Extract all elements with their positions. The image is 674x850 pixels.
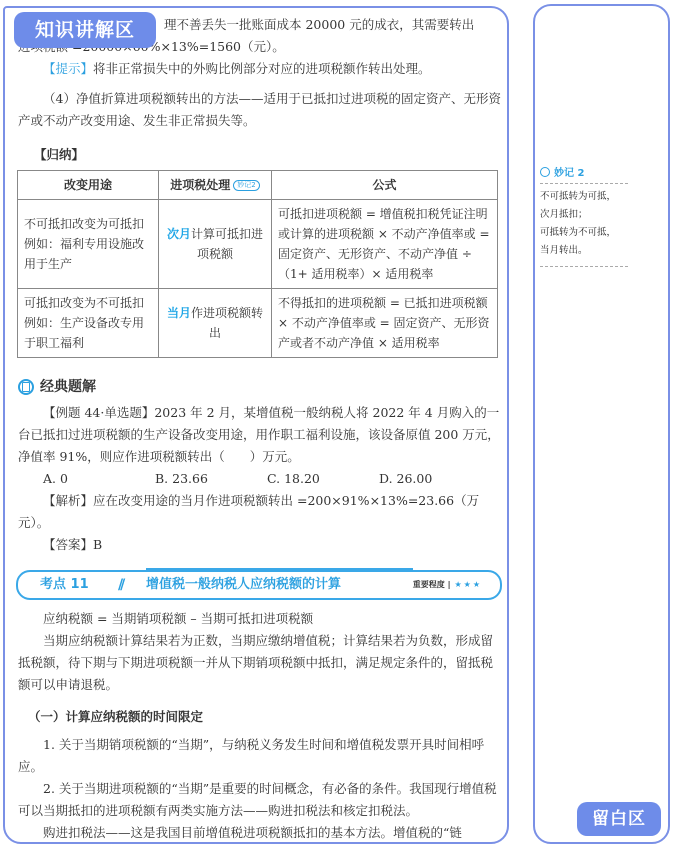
memo-line: 不可抵转为可抵， — [540, 188, 616, 206]
hint-label: 【提示】 — [43, 61, 93, 76]
hint: 【提示】将非正常损失中的外购比例部分对应的进项税额作转出处理。 — [18, 58, 502, 80]
tax-formula: 应纳税额 = 当期销项税额 – 当期可抵扣进项税额 — [18, 608, 502, 630]
treatment-cell: 当月作进项税额转出 — [159, 289, 272, 358]
star-icons: ★★★ — [454, 580, 482, 589]
document-icon — [18, 379, 34, 395]
col-header-formula: 公式 — [272, 171, 498, 200]
example-options: A. 0 B. 23.66 C. 18.20 D. 26.00 — [18, 468, 502, 490]
table-row: 可抵扣改变为不可抵扣例如：生产设备改专用于职工福利 当月作进项税额转出 不得抵扣… — [18, 289, 498, 358]
divider — [540, 266, 628, 267]
memo-note-title: 妙记 2 — [554, 164, 584, 179]
kaodian-number: 考点 11 — [18, 574, 118, 596]
option-b: B. 23.66 — [155, 468, 267, 490]
usage-cell: 可抵扣改变为不可抵扣例如：生产设备改专用于职工福利 — [18, 289, 159, 358]
importance-rating: 重要程度 |★★★ — [413, 574, 500, 596]
summary-label: 【归纳】 — [18, 144, 502, 166]
kaodian-banner: 考点 11 // 增值税一般纳税人应纳税额的计算 重要程度 |★★★ — [16, 570, 502, 600]
example-analysis: 【解析】应在改变用途的当月作进项税额转出 =200×91%×13%=23.66（… — [18, 490, 502, 534]
item-1: 1. 关于当期销项税额的“当期”，与纳税义务发生时间和增值税发票开具时间相呼应。 — [18, 734, 502, 778]
item-2: 2. 关于当期进项税额的“当期”是重要的时间概念，有必备的条件。我国现行增值税可… — [18, 778, 502, 822]
memo-line: 可抵转为不可抵， — [540, 224, 616, 242]
divider — [540, 183, 628, 184]
option-a: A. 0 — [43, 468, 155, 490]
method-4-text: （4）净值折算进项税额转出的方法——适用于已抵扣过进项税的固定资产、无形资产或不… — [18, 88, 502, 132]
lightbulb-icon — [540, 167, 550, 177]
example-question: 【例题 44·单选题】2023 年 2 月，某增值税一般纳税人将 2022 年 … — [18, 402, 502, 468]
treatment-cell: 次月计算可抵扣进项税额 — [159, 200, 272, 289]
notes-panel — [533, 4, 670, 844]
memo-line: 次月抵扣； — [540, 206, 616, 224]
example-answer: 【答案】B — [18, 534, 502, 556]
slash-divider-icon: // — [118, 574, 146, 596]
table-row: 不可抵扣改变为可抵扣例如：福利专用设施改用于生产 次月计算可抵扣进项税额 可抵扣… — [18, 200, 498, 289]
main-content: 理不善丢失一批账面成本 20000 元的成衣，其需要转出 进项税额 =20000… — [18, 14, 502, 844]
col-header-usage: 改变用途 — [18, 171, 159, 200]
memo-note-heading: 妙记 2 — [540, 164, 584, 179]
memo-note-body: 不可抵转为可抵， 次月抵扣； 可抵转为不可抵， 当月转出。 — [540, 188, 616, 260]
table-header-row: 改变用途 进项税处理妙记2 公式 — [18, 171, 498, 200]
subheading: （一）计算应纳税额的时间限定 — [18, 706, 502, 728]
option-d: D. 26.00 — [379, 468, 491, 490]
hint-text: 将非正常损失中的外购比例部分对应的进项税额作转出处理。 — [93, 61, 431, 76]
memo-tag-icon: 妙记2 — [233, 180, 259, 191]
body-paragraph-1: 当期应纳税额计算结果若为正数，当期应缴纳增值税；计算结果若为负数，形成留抵税额，… — [18, 630, 502, 696]
knowledge-zone-badge: 知识讲解区 — [14, 12, 156, 48]
formula-cell: 可抵扣进项税额 = 增值税扣税凭证注明或计算的进项税额 × 不动产净值率或 = … — [272, 200, 498, 289]
item-3: 购进扣税法——这是我国目前增值税进项税额抵扣的基本方法。增值税的“链 — [18, 822, 502, 844]
memo-line: 当月转出。 — [540, 242, 616, 260]
example-section-title: 经典题解 — [40, 376, 96, 398]
formula-cell: 不得抵扣的进项税额 = 已抵扣进项税额 × 不动产净值率或 = 固定资产、无形资… — [272, 289, 498, 358]
example-section-heading: 经典题解 — [18, 376, 502, 398]
usage-cell: 不可抵扣改变为可抵扣例如：福利专用设施改用于生产 — [18, 200, 159, 289]
kaodian-title: 增值税一般纳税人应纳税额的计算 — [146, 568, 413, 596]
blank-zone-badge: 留白区 — [577, 802, 661, 836]
option-c: C. 18.20 — [267, 468, 379, 490]
col-header-treatment: 进项税处理妙记2 — [159, 171, 272, 200]
summary-table: 改变用途 进项税处理妙记2 公式 不可抵扣改变为可抵扣例如：福利专用设施改用于生… — [17, 170, 498, 358]
